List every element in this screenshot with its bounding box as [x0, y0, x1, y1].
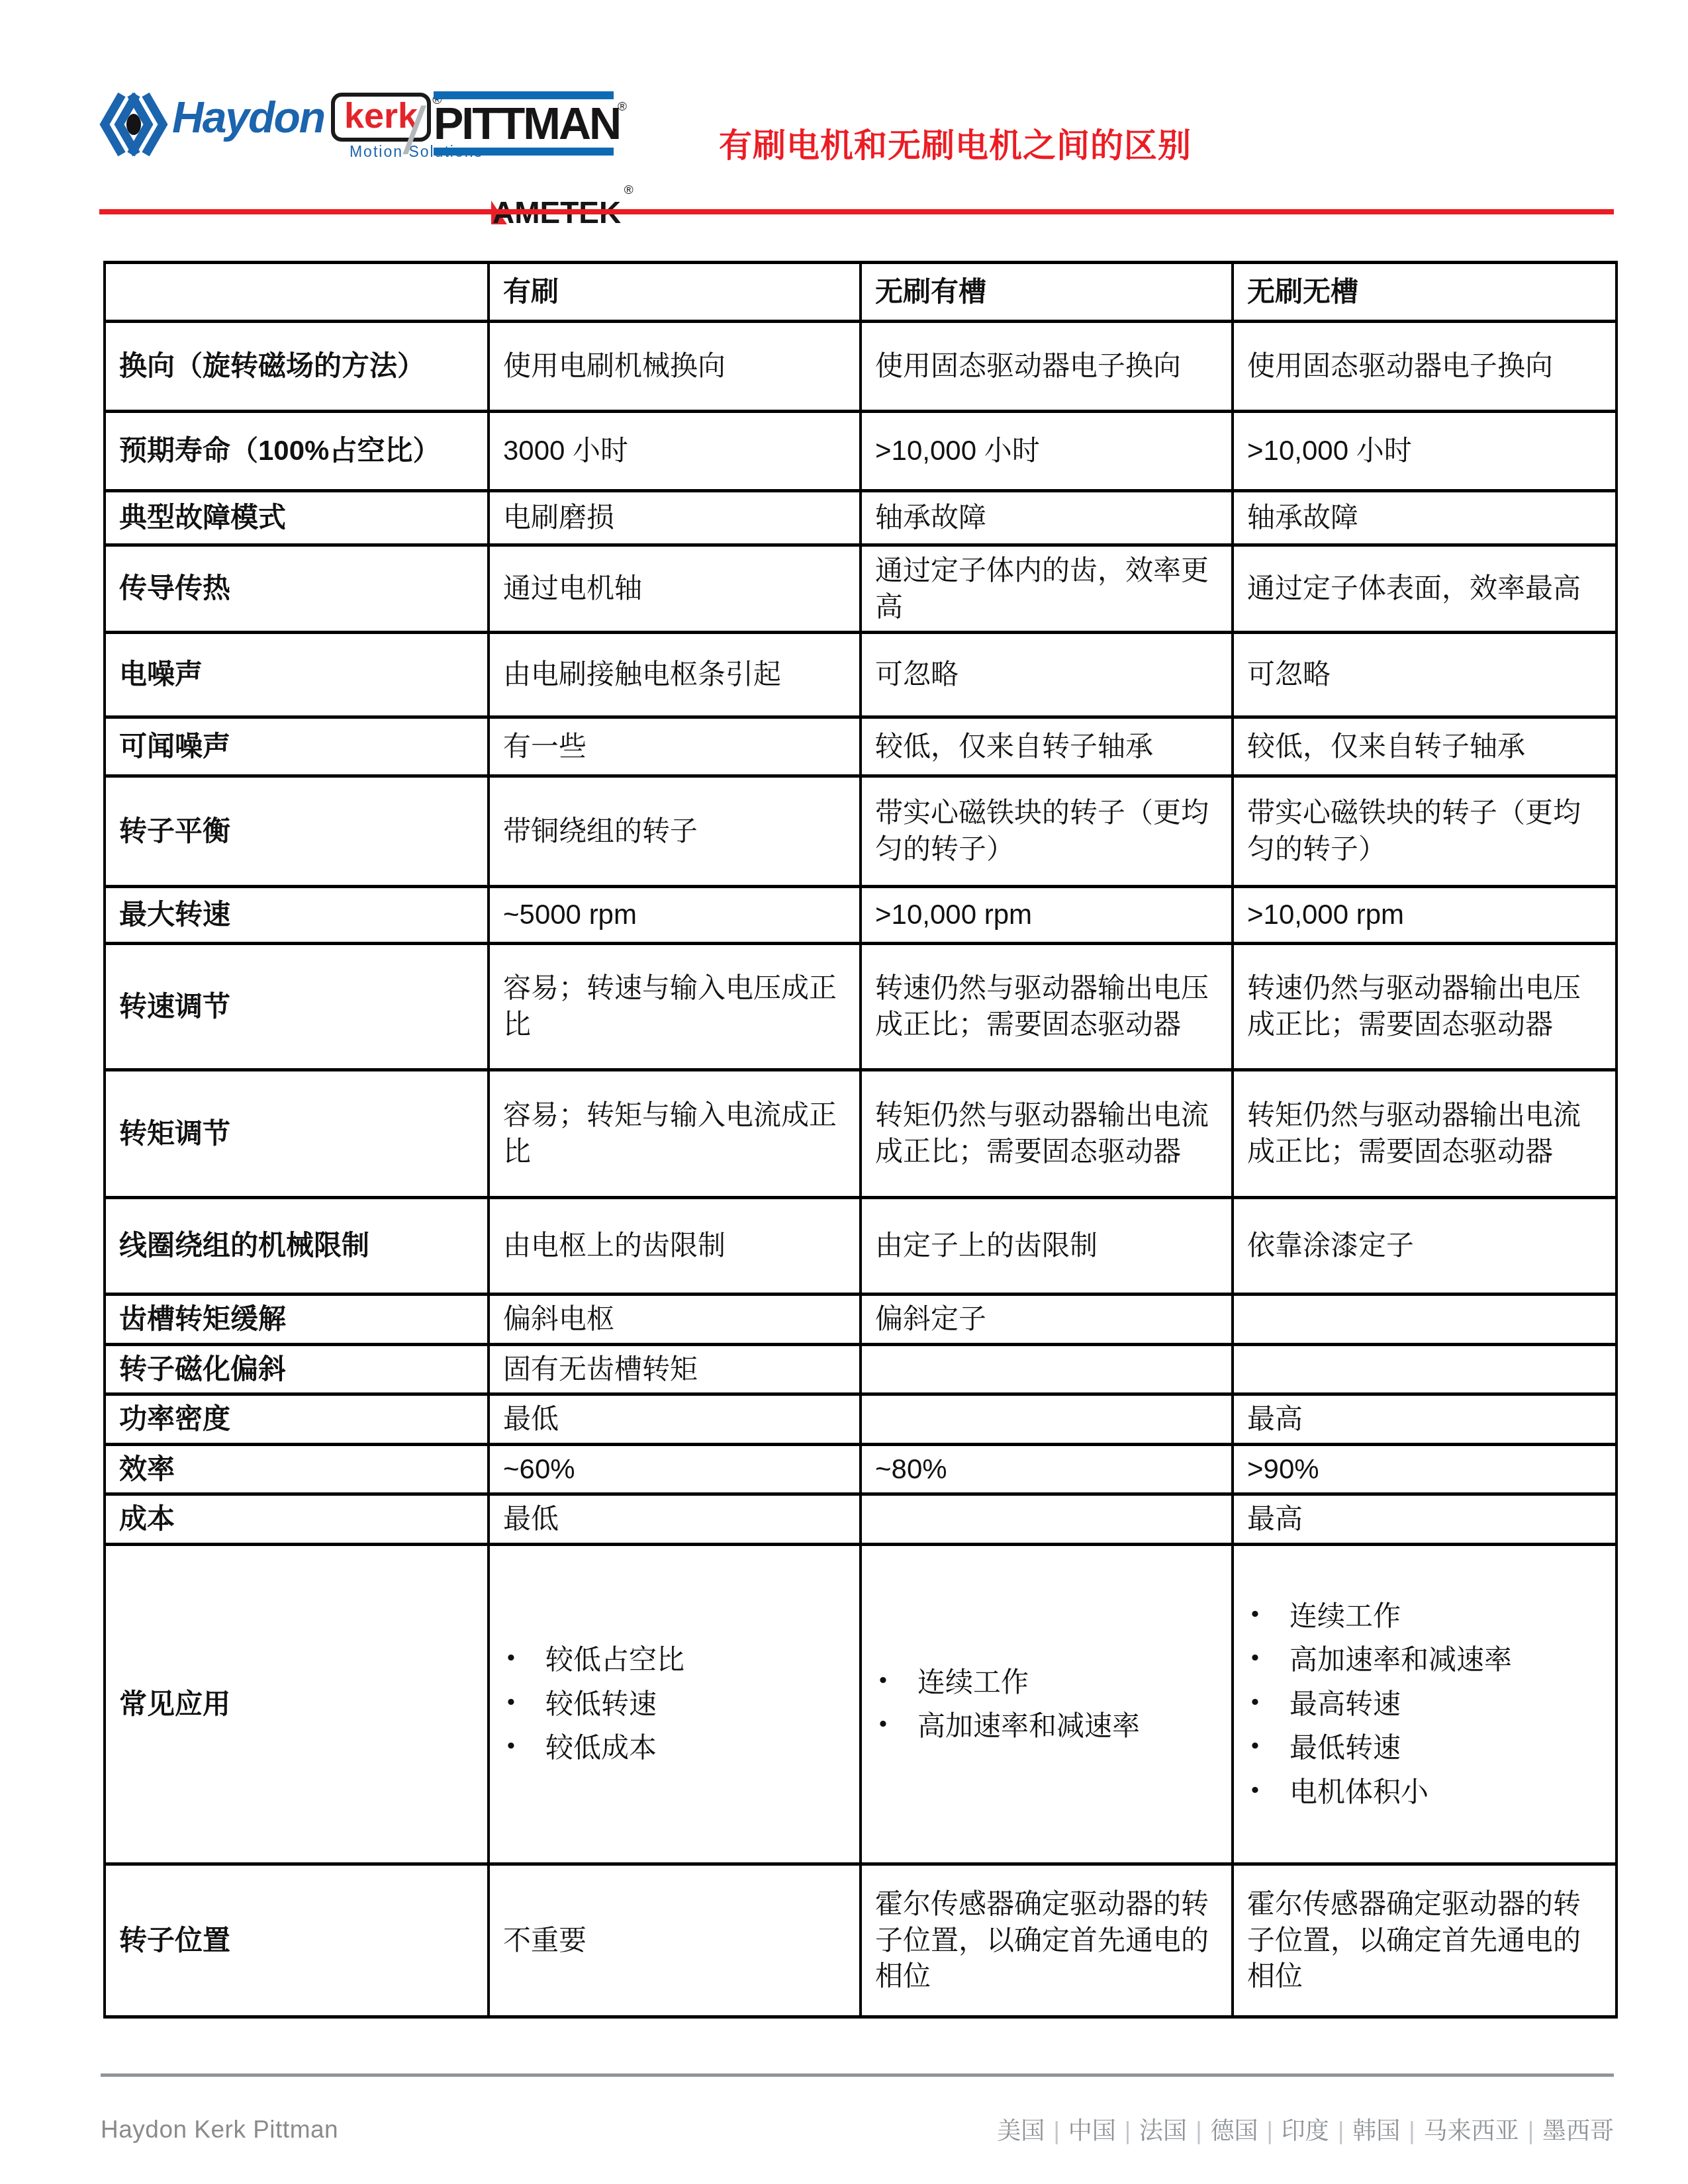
table-cell: >10,000 小时: [861, 412, 1233, 491]
table-cell: 有一些: [489, 717, 861, 776]
table-row: 换向（旋转磁场的方法）使用电刷机械换向使用固态驱动器电子换向使用固态驱动器电子换…: [105, 322, 1617, 412]
haydon-chevron-icon: [99, 93, 168, 156]
table-row: 典型故障模式电刷磨损轴承故障轴承故障: [105, 491, 1617, 545]
row-label: 成本: [105, 1494, 489, 1545]
table-cell: 偏斜定子: [861, 1295, 1233, 1345]
table-cell: [1233, 1344, 1617, 1394]
country-separator: |: [1519, 2117, 1542, 2144]
table-cell: 不重要: [489, 1864, 861, 2017]
table-cell: 最低: [489, 1394, 861, 1445]
table-row: 电噪声由电刷接触电枢条引起可忽略可忽略: [105, 633, 1617, 717]
table-row: 功率密度最低最高: [105, 1394, 1617, 1445]
table-cell: 较低，仅来自转子轴承: [1233, 717, 1617, 776]
table-cell: ~5000 rpm: [489, 887, 861, 944]
table-cell: [1233, 1295, 1617, 1345]
footer-brand: Haydon Kerk Pittman: [101, 2116, 338, 2144]
bullet-item: 较低成本: [503, 1731, 846, 1764]
page-title: 有刷电机和无刷电机之间的区别: [719, 119, 1192, 167]
pittman-bottom-bar: [434, 148, 614, 156]
table-cell: 通过定子体表面，效率最高: [1233, 545, 1617, 633]
row-label: 常见应用: [105, 1544, 489, 1864]
haydon-wordmark: Haydon: [172, 95, 324, 139]
table-cell: 由电刷接触电枢条引起: [489, 633, 861, 717]
table-row: 线圈绕组的机械限制由电枢上的齿限制由定子上的齿限制依靠涂漆定子: [105, 1198, 1617, 1295]
table-cell: 转矩仍然与驱动器输出电流成正比；需要固态驱动器: [861, 1070, 1233, 1198]
table-cell: ~60%: [489, 1444, 861, 1494]
country-name: 中国: [1068, 2117, 1116, 2144]
table-cell: 带实心磁铁块的转子（更均匀的转子）: [1233, 776, 1617, 887]
row-label: 可闻噪声: [105, 717, 489, 776]
table-cell: [861, 1344, 1233, 1394]
row-label: 预期寿命（100%占空比）: [105, 412, 489, 491]
bullet-list: 较低占空比较低转速较低成本: [503, 1643, 846, 1764]
bullet-item: 较低转速: [503, 1688, 846, 1721]
table-cell: >10,000 小时: [1233, 412, 1617, 491]
registered-mark: ®: [624, 183, 633, 197]
row-label: 传导传热: [105, 545, 489, 633]
table-row: 转子平衡带铜绕组的转子带实心磁铁块的转子（更均匀的转子）带实心磁铁块的转子（更均…: [105, 776, 1617, 887]
table-row: 转矩调节容易；转矩与输入电流成正比转矩仍然与驱动器输出电流成正比；需要固态驱动器…: [105, 1070, 1617, 1198]
row-label: 转子位置: [105, 1864, 489, 2017]
document-page: Haydon kerk ® Motion Solutions / PITTMAN…: [0, 0, 1688, 2184]
table-cell: 连续工作高加速率和减速率: [861, 1544, 1233, 1864]
bullet-item: 最高转速: [1247, 1688, 1602, 1721]
table-cell: >10,000 rpm: [1233, 887, 1617, 944]
table-row: 齿槽转矩缓解偏斜电枢偏斜定子: [105, 1295, 1617, 1345]
table-cell: 使用固态驱动器电子换向: [861, 322, 1233, 412]
table-cell: 连续工作高加速率和减速率最高转速最低转速电机体积小: [1233, 1544, 1617, 1864]
table-cell: 由定子上的齿限制: [861, 1198, 1233, 1295]
table-cell: 使用固态驱动器电子换向: [1233, 322, 1617, 412]
row-label: 功率密度: [105, 1394, 489, 1445]
table-cell: 转矩仍然与驱动器输出电流成正比；需要固态驱动器: [1233, 1070, 1617, 1198]
country-name: 马来西亚: [1424, 2117, 1519, 2144]
table-row: 转速调节容易；转速与输入电压成正比转速仍然与驱动器输出电压成正比；需要固态驱动器…: [105, 944, 1617, 1070]
footer-divider-rule: [101, 2073, 1614, 2077]
table-cell: 依靠涂漆定子: [1233, 1198, 1617, 1295]
table-cell: 固有无齿槽转矩: [489, 1344, 861, 1394]
pittman-wordmark: PITTMAN: [434, 99, 620, 149]
country-separator: |: [1187, 2117, 1210, 2144]
country-separator: |: [1045, 2117, 1068, 2144]
pittman-logo: PITTMAN ®: [434, 91, 614, 156]
table-cell: 轴承故障: [861, 491, 1233, 545]
motor-comparison-table: 有刷无刷有槽无刷无槽 换向（旋转磁场的方法）使用电刷机械换向使用固态驱动器电子换…: [103, 261, 1618, 2019]
country-name: 德国: [1210, 2117, 1258, 2144]
country-name: 韩国: [1352, 2117, 1400, 2144]
footer-country-list: 美国|中国|法国|德国|印度|韩国|马来西亚|墨西哥: [997, 2113, 1614, 2146]
country-name: 印度: [1282, 2117, 1329, 2144]
table-row: 效率~60%~80%>90%: [105, 1444, 1617, 1494]
table-cell: >90%: [1233, 1444, 1617, 1494]
country-name: 法国: [1139, 2117, 1187, 2144]
country-separator: |: [1116, 2117, 1139, 2144]
column-header: 无刷无槽: [1233, 263, 1617, 322]
bullet-list: 连续工作高加速率和减速率: [875, 1666, 1218, 1743]
table-cell: [861, 1494, 1233, 1545]
table-cell: 较低占空比较低转速较低成本: [489, 1544, 861, 1864]
column-header: 有刷: [489, 263, 861, 322]
bullet-item: 电机体积小: [1247, 1776, 1602, 1809]
table-cell: >10,000 rpm: [861, 887, 1233, 944]
row-label: 转子磁化偏斜: [105, 1344, 489, 1394]
table-cell: 带实心磁铁块的转子（更均匀的转子）: [861, 776, 1233, 887]
row-label: 效率: [105, 1444, 489, 1494]
table-row: 成本最低最高: [105, 1494, 1617, 1545]
bullet-item: 连续工作: [875, 1666, 1218, 1699]
table-cell: 最高: [1233, 1494, 1617, 1545]
table-row: 常见应用较低占空比较低转速较低成本连续工作高加速率和减速率连续工作高加速率和减速…: [105, 1544, 1617, 1864]
bullet-item: 最低转速: [1247, 1731, 1602, 1764]
bullet-item: 高加速率和减速率: [1247, 1643, 1602, 1676]
table-cell: 带铜绕组的转子: [489, 776, 861, 887]
row-label: 换向（旋转磁场的方法）: [105, 322, 489, 412]
country-name: 墨西哥: [1542, 2117, 1614, 2144]
table-cell: 通过定子体内的齿，效率更高: [861, 545, 1233, 633]
bullet-item: 连续工作: [1247, 1600, 1602, 1633]
table-cell: 霍尔传感器确定驱动器的转子位置，以确定首先通电的相位: [861, 1864, 1233, 2017]
table-row: 最大转速~5000 rpm>10,000 rpm>10,000 rpm: [105, 887, 1617, 944]
table-row: 预期寿命（100%占空比）3000 小时>10,000 小时>10,000 小时: [105, 412, 1617, 491]
table-row: 转子位置不重要霍尔传感器确定驱动器的转子位置，以确定首先通电的相位霍尔传感器确定…: [105, 1864, 1617, 2017]
row-label: 转子平衡: [105, 776, 489, 887]
table-cell: 3000 小时: [489, 412, 861, 491]
table-cell: 通过电机轴: [489, 545, 861, 633]
country-name: 美国: [997, 2117, 1045, 2144]
column-header: 无刷有槽: [861, 263, 1233, 322]
table-cell: 可忽略: [861, 633, 1233, 717]
table-cell: 可忽略: [1233, 633, 1617, 717]
row-label: 最大转速: [105, 887, 489, 944]
country-separator: |: [1329, 2117, 1352, 2144]
table-cell: 电刷磨损: [489, 491, 861, 545]
row-label: 齿槽转矩缓解: [105, 1295, 489, 1345]
table-cell: 最低: [489, 1494, 861, 1545]
row-label: 线圈绕组的机械限制: [105, 1198, 489, 1295]
row-label: 典型故障模式: [105, 491, 489, 545]
header-divider-rule: [99, 209, 1614, 214]
table-header: 有刷无刷有槽无刷无槽: [105, 263, 1617, 322]
table-cell: 使用电刷机械换向: [489, 322, 861, 412]
table-cell: ~80%: [861, 1444, 1233, 1494]
table-cell: 由电枢上的齿限制: [489, 1198, 861, 1295]
row-label: 电噪声: [105, 633, 489, 717]
table-row: 转子磁化偏斜固有无齿槽转矩: [105, 1344, 1617, 1394]
table-cell: 最高: [1233, 1394, 1617, 1445]
table-cell: [861, 1394, 1233, 1445]
table-row: 传导传热通过电机轴通过定子体内的齿，效率更高通过定子体表面，效率最高: [105, 545, 1617, 633]
bullet-list: 连续工作高加速率和减速率最高转速最低转速电机体积小: [1247, 1600, 1602, 1809]
row-label: 转速调节: [105, 944, 489, 1070]
table-row: 可闻噪声有一些较低，仅来自转子轴承较低，仅来自转子轴承: [105, 717, 1617, 776]
table-cell: 霍尔传感器确定驱动器的转子位置，以确定首先通电的相位: [1233, 1864, 1617, 2017]
table-cell: 转速仍然与驱动器输出电压成正比；需要固态驱动器: [1233, 944, 1617, 1070]
table-cell: 轴承故障: [1233, 491, 1617, 545]
row-label: 转矩调节: [105, 1070, 489, 1198]
table-cell: 偏斜电枢: [489, 1295, 861, 1345]
bullet-item: 高加速率和减速率: [875, 1709, 1218, 1743]
corner-header-cell: [105, 263, 489, 322]
country-separator: |: [1400, 2117, 1423, 2144]
table-cell: 容易；转速与输入电压成正比: [489, 944, 861, 1070]
table-cell: 较低，仅来自转子轴承: [861, 717, 1233, 776]
table-cell: 转速仍然与驱动器输出电压成正比；需要固态驱动器: [861, 944, 1233, 1070]
registered-mark: ®: [618, 101, 627, 113]
country-separator: |: [1258, 2117, 1282, 2144]
bullet-item: 较低占空比: [503, 1643, 846, 1676]
footer: Haydon Kerk Pittman 美国|中国|法国|德国|印度|韩国|马来…: [101, 2113, 1614, 2146]
table-cell: 容易；转矩与输入电流成正比: [489, 1070, 861, 1198]
